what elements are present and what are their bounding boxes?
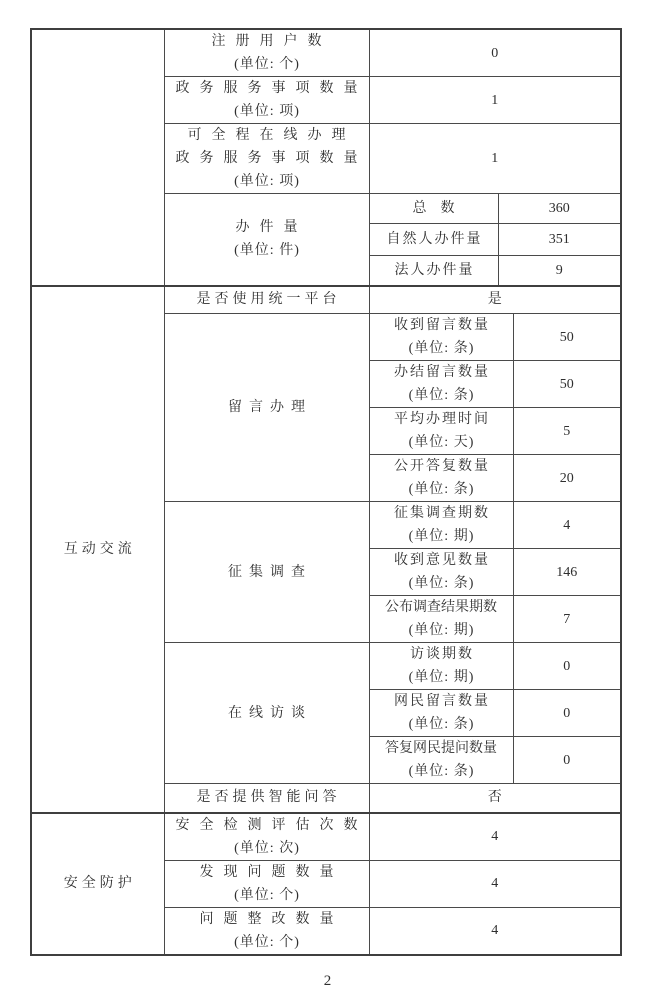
value-cell: 9 — [498, 256, 621, 286]
sub-item-unit: (单位: 条) — [370, 713, 513, 736]
sub-item-cell: 办结留言数量 (单位: 条) — [369, 361, 513, 408]
value-cell: 50 — [513, 314, 621, 361]
item-label-line1: 可全程在线办理 — [165, 124, 369, 147]
sub-item-unit: (单位: 期) — [370, 525, 513, 548]
sub-item-label: 收到意见数量 — [370, 549, 513, 572]
sub-item-unit: (单位: 条) — [370, 478, 513, 501]
sub-item-label: 公开答复数量 — [370, 455, 513, 478]
value-cell: 20 — [513, 455, 621, 502]
value-cell: 7 — [513, 596, 621, 643]
value-cell: 4 — [369, 813, 621, 861]
table-row: 注册用户数 (单位: 个) 0 — [31, 29, 621, 77]
item-cell: 注册用户数 (单位: 个) — [164, 29, 369, 77]
item-label: 征集调查 — [165, 561, 369, 584]
category-cell — [31, 29, 164, 286]
value-cell: 0 — [513, 690, 621, 737]
sub-item-label: 答复网民提问数量 — [370, 737, 513, 760]
item-unit: (单位: 个) — [165, 884, 369, 907]
value-cell: 0 — [513, 643, 621, 690]
table-row: 安全防护 安全检测评估次数 (单位: 次) 4 — [31, 813, 621, 861]
item-label: 发现问题数量 — [165, 861, 369, 884]
sub-item-cell: 收到留言数量 (单位: 条) — [369, 314, 513, 361]
page-number: 2 — [0, 973, 655, 990]
sub-item-cell: 访谈期数 (单位: 期) — [369, 643, 513, 690]
sub-item-cell: 自然人办件量 — [369, 224, 498, 256]
sub-item-cell: 收到意见数量 (单位: 条) — [369, 549, 513, 596]
item-cell: 是否提供智能问答 — [164, 784, 369, 813]
sub-item-unit: (单位: 条) — [370, 337, 513, 360]
value-cell: 1 — [369, 124, 621, 194]
sub-item-cell: 平均办理时间 (单位: 天) — [369, 408, 513, 455]
item-label: 问题整改数量 — [165, 908, 369, 931]
sub-item-label: 收到留言数量 — [370, 314, 513, 337]
sub-item-label: 平均办理时间 — [370, 408, 513, 431]
value-cell: 4 — [369, 860, 621, 907]
statistics-table: 注册用户数 (单位: 个) 0 政务服务事项数量 (单位: 项) 1 可全程在线… — [30, 28, 622, 956]
value-cell: 0 — [369, 29, 621, 77]
value-cell: 0 — [513, 737, 621, 784]
value-cell: 50 — [513, 361, 621, 408]
item-cell: 问题整改数量 (单位: 个) — [164, 907, 369, 955]
sub-item-unit: (单位: 期) — [370, 666, 513, 689]
report-page: 注册用户数 (单位: 个) 0 政务服务事项数量 (单位: 项) 1 可全程在线… — [0, 0, 655, 1007]
sub-item-unit: (单位: 条) — [370, 760, 513, 783]
value-cell: 4 — [369, 907, 621, 955]
sub-item-cell: 公布调查结果期数 (单位: 期) — [369, 596, 513, 643]
sub-item-unit: (单位: 期) — [370, 619, 513, 642]
item-label: 办件量 — [165, 216, 369, 239]
value-cell: 是 — [369, 286, 621, 314]
item-unit: (单位: 次) — [165, 837, 369, 860]
item-label: 留言办理 — [165, 396, 369, 419]
item-label: 安全检测评估次数 — [165, 814, 369, 837]
value-cell: 351 — [498, 224, 621, 256]
sub-item-label: 办结留言数量 — [370, 361, 513, 384]
sub-item-cell: 网民留言数量 (单位: 条) — [369, 690, 513, 737]
sub-item-unit: (单位: 条) — [370, 384, 513, 407]
value-cell: 146 — [513, 549, 621, 596]
sub-item-label: 公布调查结果期数 — [370, 596, 513, 619]
sub-item-cell: 答复网民提问数量 (单位: 条) — [369, 737, 513, 784]
item-cell: 政务服务事项数量 (单位: 项) — [164, 77, 369, 124]
item-cell: 发现问题数量 (单位: 个) — [164, 860, 369, 907]
sub-item-cell: 公开答复数量 (单位: 条) — [369, 455, 513, 502]
item-unit: (单位: 个) — [165, 931, 369, 954]
item-cell: 是否使用统一平台 — [164, 286, 369, 314]
item-label: 政务服务事项数量 — [165, 77, 369, 100]
value-cell: 1 — [369, 77, 621, 124]
sub-item-label: 征集调查期数 — [370, 502, 513, 525]
sub-item-unit: (单位: 条) — [370, 572, 513, 595]
item-unit: (单位: 项) — [165, 100, 369, 123]
sub-item-label: 访谈期数 — [370, 643, 513, 666]
category-cell: 互动交流 — [31, 286, 164, 813]
item-cell: 征集调查 — [164, 502, 369, 643]
table-row: 互动交流 是否使用统一平台 是 — [31, 286, 621, 314]
category-label: 安全防护 — [32, 872, 164, 895]
category-cell: 安全防护 — [31, 813, 164, 955]
sub-item-cell: 法人办件量 — [369, 256, 498, 286]
sub-item-cell: 征集调查期数 (单位: 期) — [369, 502, 513, 549]
item-cell: 留言办理 — [164, 314, 369, 502]
value-cell: 360 — [498, 194, 621, 224]
value-cell: 否 — [369, 784, 621, 813]
item-label: 在线访谈 — [165, 702, 369, 725]
sub-item-cell: 总数 — [369, 194, 498, 224]
item-unit: (单位: 个) — [165, 53, 369, 76]
value-cell: 4 — [513, 502, 621, 549]
value-cell: 5 — [513, 408, 621, 455]
sub-item-label: 网民留言数量 — [370, 690, 513, 713]
item-label: 注册用户数 — [165, 30, 369, 53]
item-cell: 安全检测评估次数 (单位: 次) — [164, 813, 369, 861]
item-unit: (单位: 项) — [165, 170, 369, 193]
item-cell: 办件量 (单位: 件) — [164, 194, 369, 286]
item-unit: (单位: 件) — [165, 239, 369, 262]
sub-item-unit: (单位: 天) — [370, 431, 513, 454]
item-cell: 在线访谈 — [164, 643, 369, 784]
item-cell: 可全程在线办理 政务服务事项数量 (单位: 项) — [164, 124, 369, 194]
category-label: 互动交流 — [32, 538, 164, 561]
item-label-line2: 政务服务事项数量 — [165, 147, 369, 170]
